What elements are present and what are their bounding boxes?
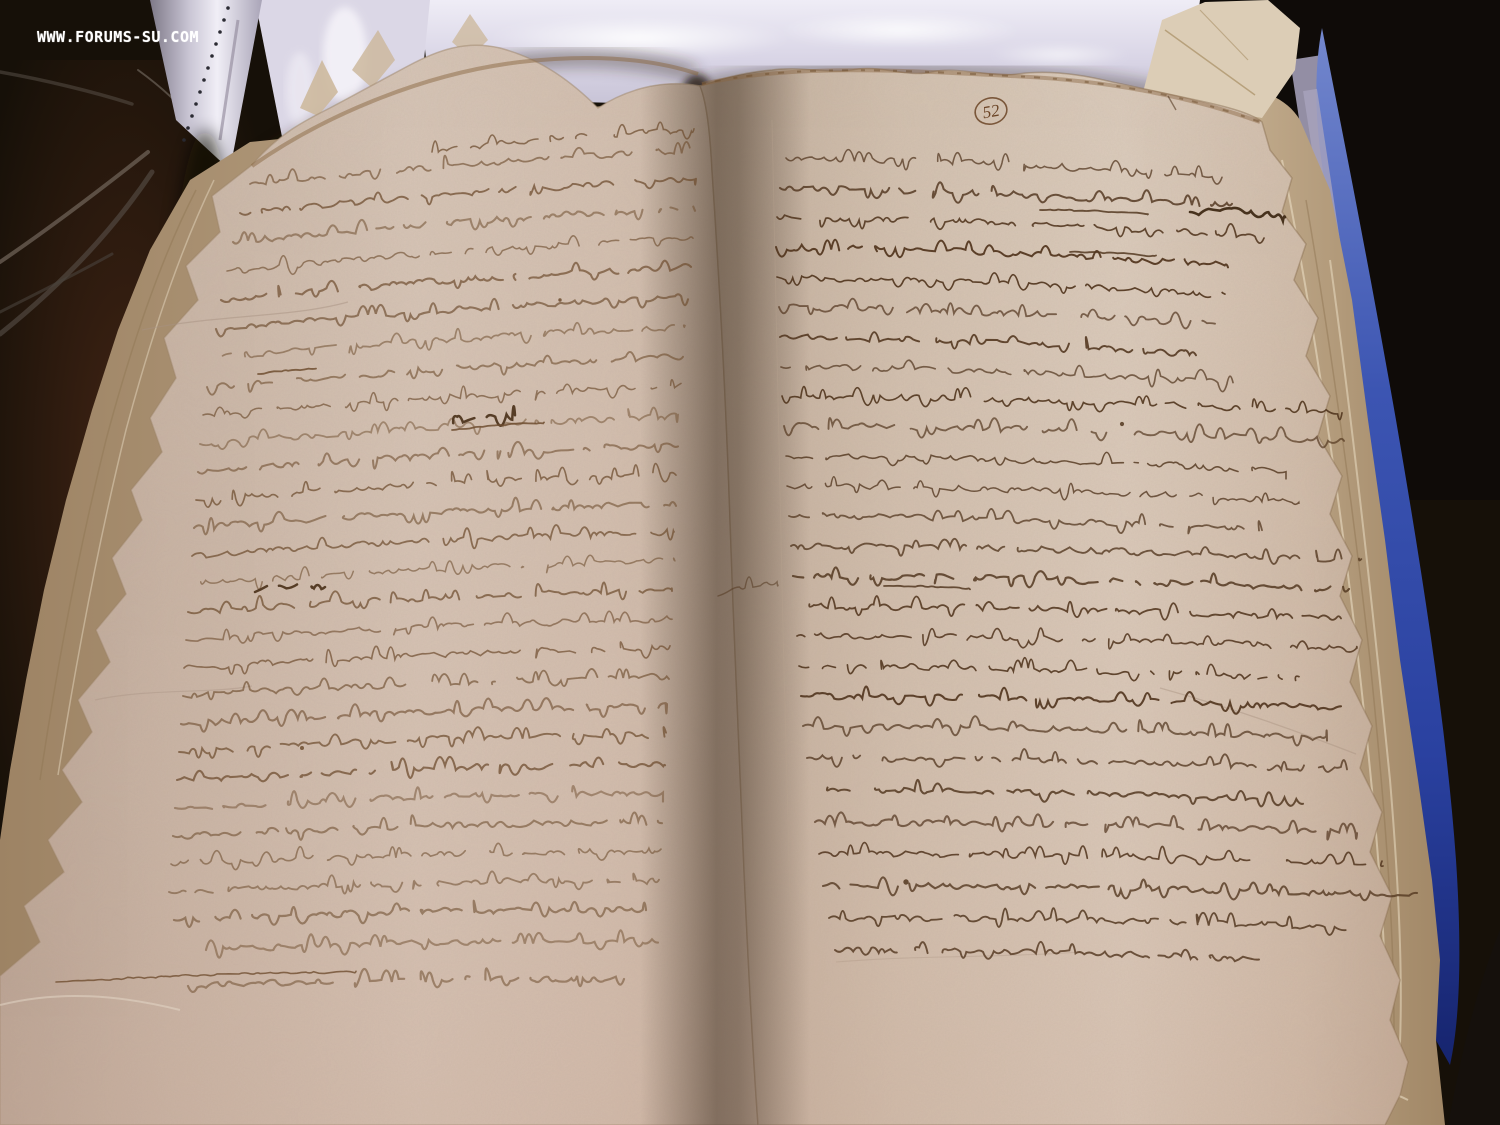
ink-blot [300,746,304,750]
ink-blot [558,298,561,301]
photo-of-manuscript: 52 WWW.FORUMS-SU.COM [0,0,1500,1125]
ink-blot [903,879,908,884]
scene-svg: 52 [0,0,1500,1125]
watermark-text: WWW.FORUMS-SU.COM [37,28,199,46]
ink-blot [1120,422,1124,426]
